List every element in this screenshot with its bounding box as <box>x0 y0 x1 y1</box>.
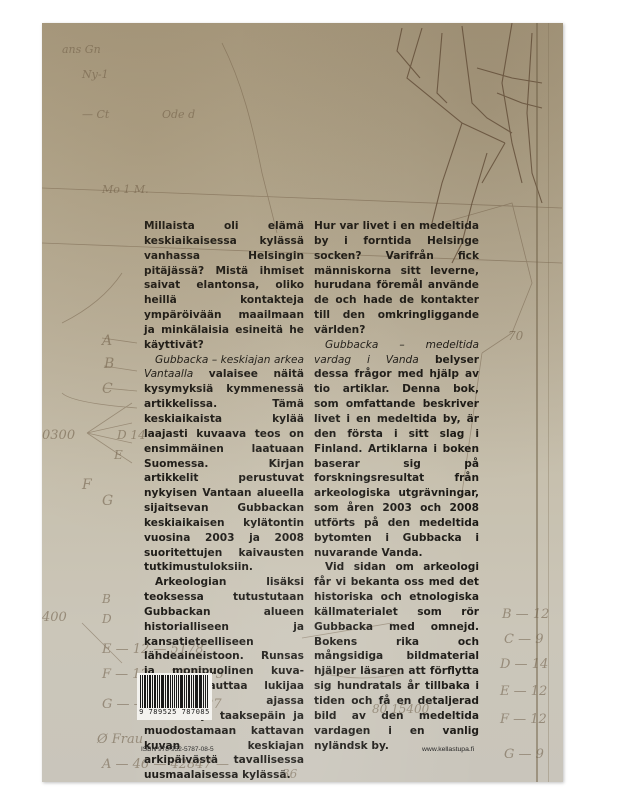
svg-text:400: 400 <box>42 610 67 625</box>
svg-text:F — 12: F — 12 <box>499 712 547 727</box>
svg-text:70: 70 <box>508 329 524 343</box>
svg-text:D: D <box>101 612 112 626</box>
svg-text:B: B <box>101 592 111 606</box>
svg-text:— Ct: — Ct <box>82 108 110 121</box>
barcode: 9 789525 787085 <box>137 673 212 720</box>
svg-text:A: A <box>100 333 112 349</box>
barcode-bars <box>140 675 209 708</box>
svg-text:B — 12: B — 12 <box>501 607 549 622</box>
svg-text:C: C <box>102 381 113 397</box>
svg-text:D 14: D 14 <box>116 428 146 442</box>
barcode-digits: 9 789525 787085 <box>137 708 212 717</box>
spine-line-secondary <box>548 23 549 782</box>
svg-text:Ny-1: Ny-1 <box>81 68 109 81</box>
svg-text:G: G <box>102 493 113 509</box>
svg-text:Ode d: Ode d <box>162 108 195 121</box>
finnish-paragraph-1: Millaista oli elämä keskiaikaisessa kylä… <box>144 219 304 353</box>
svg-text:E — 12: E — 12 <box>499 684 547 699</box>
book-back-cover: A B C 0300 D 14 E F G 400 B D E — 12 — 5… <box>42 23 563 782</box>
swedish-paragraph-2: Gubbacka – medeltida vardag i Vanda bely… <box>314 338 479 561</box>
svg-text:ans Gn: ans Gn <box>62 43 101 56</box>
svg-text:B: B <box>103 356 114 372</box>
svg-text:E: E <box>113 448 123 462</box>
svg-text:F: F <box>81 477 93 493</box>
svg-text:D — 14: D — 14 <box>499 657 548 672</box>
svg-text:Mo 1 M.: Mo 1 M. <box>101 183 149 196</box>
finnish-paragraph-2: Gubbacka – keskiajan arkea Vantaalla val… <box>144 353 304 576</box>
spine-line <box>536 23 538 782</box>
svg-text:0300: 0300 <box>42 428 75 443</box>
swedish-description: Hur var livet i en medeltida by i fornti… <box>314 219 479 753</box>
isbn: ISBN 978-952-5787-08-5 <box>141 746 214 753</box>
publisher-website: www.kellastupa.fi <box>422 746 474 753</box>
swedish-paragraph-3: Vid sidan om arkeologi får vi bekanta os… <box>314 560 479 753</box>
svg-text:Ø Frau: Ø Frau <box>96 732 143 747</box>
swedish-paragraph-1: Hur var livet i en medeltida by i fornti… <box>314 219 479 338</box>
